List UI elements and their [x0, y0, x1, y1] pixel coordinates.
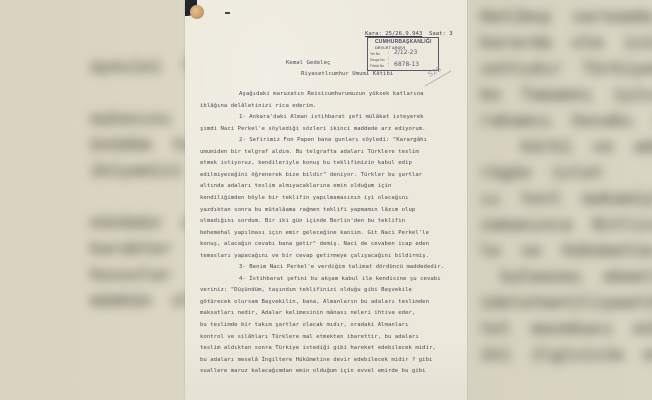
body-line: götürecek olursam Başvekilin, bana, Alma…	[200, 299, 429, 305]
stamp-row-label: Dosya No	[370, 58, 384, 62]
stamp-row-value: 6878-13	[394, 61, 419, 68]
body-line: veriniz: "Düşündüm, taşındım teklifinizi…	[200, 287, 412, 293]
blurred-right-text: Hatiboy varnumda kararda olm izinimizi z…	[480, 4, 652, 368]
body-line: 3- Benim Naci Perkel'e verdiğim talimat …	[239, 264, 444, 270]
finger-holding-page	[190, 5, 204, 19]
body-line: teslim aldıktan sonra Türkiye istediği g…	[200, 345, 436, 351]
body-line: edilmiyeceğini öğrenerek bize bildir" de…	[200, 172, 422, 178]
stamp-row-label: Yer No	[370, 52, 380, 56]
stamp-row-label: Fihrist No	[370, 64, 384, 68]
body-line: yazdıktan sonra bu mütalâama rağmen tekl…	[200, 207, 415, 213]
body-line: konuş, alacağın cevabı bana getir" demiş…	[200, 241, 429, 247]
body-line: 2- Sefirimiz Fon Papen bana gunları söyl…	[239, 137, 427, 143]
body-line: maksatları nedir, Adalar kelimesinin mân…	[200, 310, 415, 316]
body-line: 1- Ankara'daki Alman istihbarat şefi mül…	[239, 114, 424, 120]
ink-speck	[225, 12, 230, 14]
addressee-title: Riyasetlcumhur Umumî Kâtibi	[301, 71, 393, 77]
body-line: bu adaları meselâ İngiltere Hükûmetine d…	[200, 357, 432, 363]
body-line: suallere maruz kalacağımdan emin olduğum…	[200, 368, 426, 374]
body-line: kontrol ve silâhları Türklere mal etmekt…	[200, 334, 419, 340]
body-line: altında adaları teslim almıyacaklarına e…	[200, 183, 391, 189]
body-line: behemehal yapılması için emir geleceğine…	[200, 230, 429, 236]
body-line: iblâğına delâletinizi rica ederim.	[200, 103, 316, 109]
stamp-row-value: 2/12-23	[394, 49, 417, 56]
document-page: Kara: 25/26.9.943 Saat: 3 CUMHURBAŞKANLI…	[185, 0, 467, 400]
body-line: umumiden bir telgraf aldım. Bu telgrafta…	[200, 149, 419, 155]
body-line: şimdi Naci Perkel'e söylediği sözleri ik…	[200, 126, 426, 132]
stamp-colon: :	[388, 62, 389, 68]
archive-stamp: CUMHURBAŞKANLIĞI DEVLET ARŞİVİ Yer No : …	[367, 37, 439, 71]
addressee-name: Kemal Gedeleç	[286, 60, 330, 66]
body-line: kendiliğimden böyle bir teklifin yapılma…	[200, 195, 408, 201]
body-line: temasları yapacağını ve bir cevap getirm…	[200, 253, 429, 259]
body-line: etmek istiyoruz, kendileriyle konuş bu t…	[200, 160, 412, 166]
body-line: bu teslimde bir takım şartlar olacak mıd…	[200, 322, 408, 328]
body-line: olmadığını sordum. Bir iki gün içinde Be…	[200, 218, 405, 224]
body-line: 4- İstihbarat şefini bu akşam kabul ile …	[239, 276, 441, 282]
body-line: Aşağıdaki maruzatın Reisicumhurumuzun yü…	[239, 91, 424, 97]
